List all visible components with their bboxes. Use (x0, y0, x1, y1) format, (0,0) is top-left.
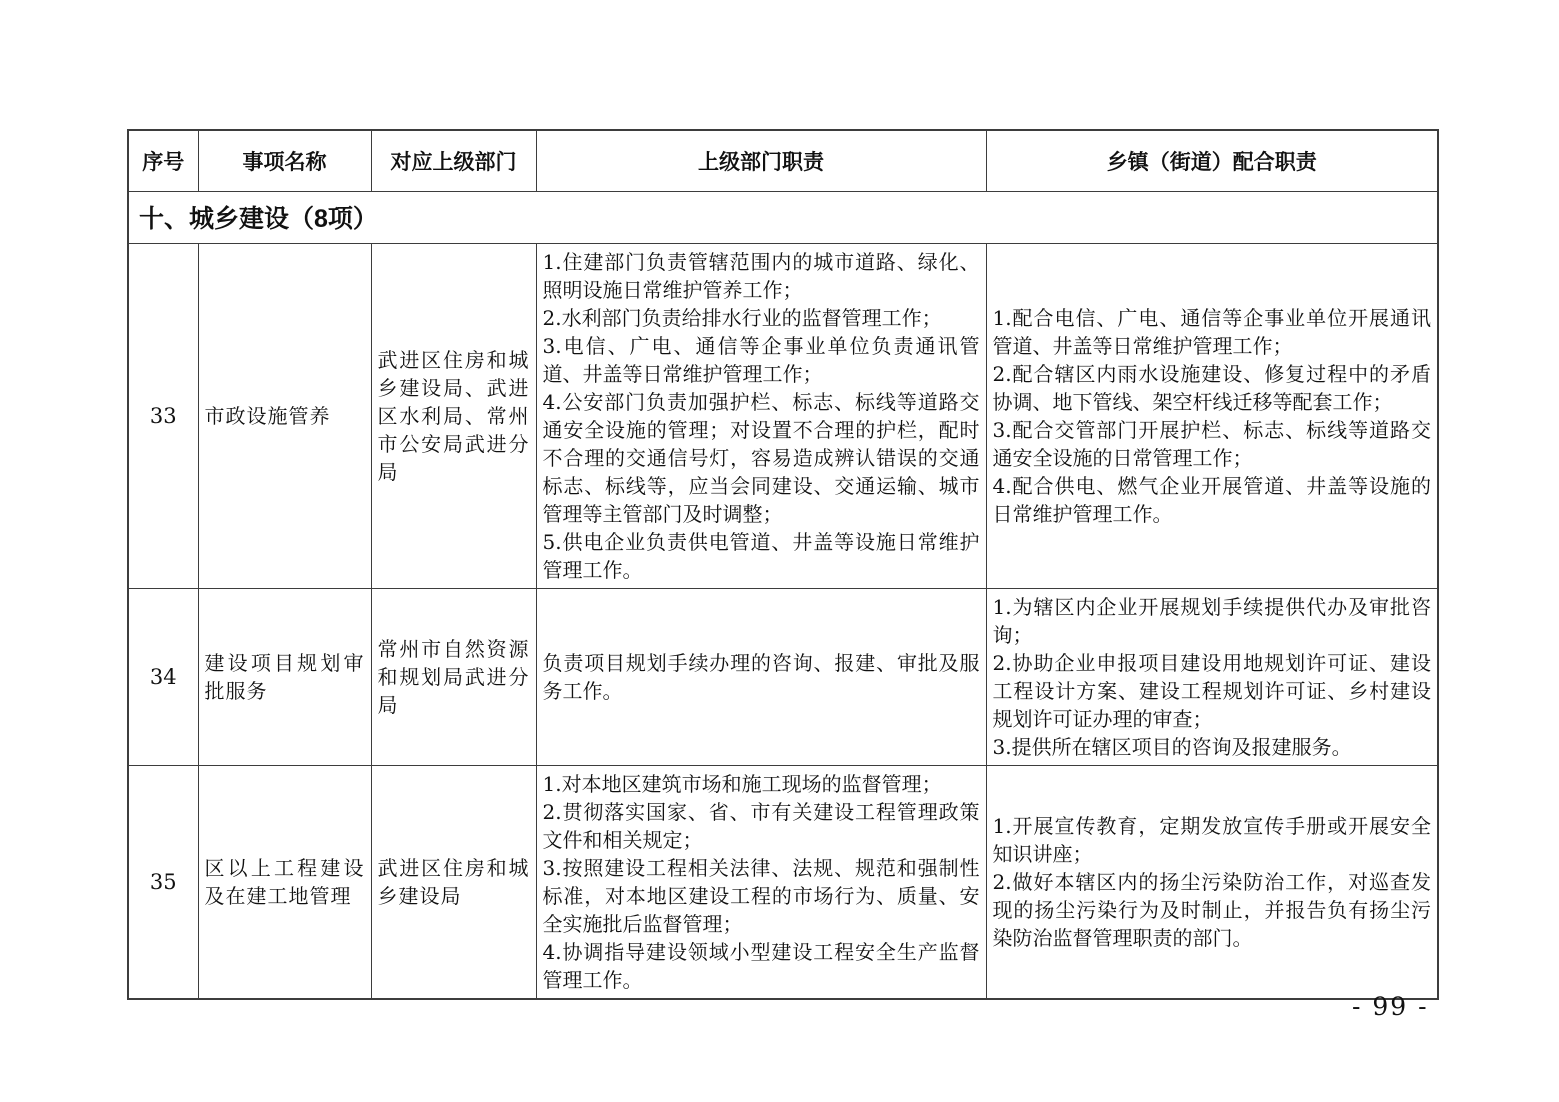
table-row: 33 市政设施管养 武进区住房和城乡建设局、武进区水利局、常州市公安局武进分局 … (128, 243, 1438, 588)
duties-table: 序号 事项名称 对应上级部门 上级部门职责 乡镇（街道）配合职责 十、城乡建设（… (127, 129, 1439, 1000)
township-duties-cell: 1.开展宣传教育，定期发放宣传手册或开展安全知识讲座； 2.做好本辖区内的扬尘污… (986, 765, 1438, 999)
section-row: 十、城乡建设（8项） (128, 191, 1438, 243)
item-name-cell: 区以上工程建设及在建工地管理 (198, 765, 371, 999)
table-row: 34 建设项目规划审批服务 常州市自然资源和规划局武进分局 负责项目规划手续办理… (128, 588, 1438, 765)
header-seq: 序号 (128, 130, 198, 191)
section-title: 十、城乡建设（8项） (128, 191, 1438, 243)
header-superior-duties: 上级部门职责 (536, 130, 986, 191)
superior-duties-cell: 1.对本地区建筑市场和施工现场的监督管理； 2.贯彻落实国家、省、市有关建设工程… (536, 765, 986, 999)
seq-cell: 35 (128, 765, 198, 999)
page-number: - 99 - (1352, 992, 1429, 1021)
document-page: 序号 事项名称 对应上级部门 上级部门职责 乡镇（街道）配合职责 十、城乡建设（… (0, 0, 1559, 1102)
table-header-row: 序号 事项名称 对应上级部门 上级部门职责 乡镇（街道）配合职责 (128, 130, 1438, 191)
header-department: 对应上级部门 (371, 130, 536, 191)
header-township-duties: 乡镇（街道）配合职责 (986, 130, 1438, 191)
table-row: 35 区以上工程建设及在建工地管理 武进区住房和城乡建设局 1.对本地区建筑市场… (128, 765, 1438, 999)
item-name-cell: 建设项目规划审批服务 (198, 588, 371, 765)
seq-cell: 33 (128, 243, 198, 588)
superior-duties-cell: 负责项目规划手续办理的咨询、报建、审批及服务工作。 (536, 588, 986, 765)
department-cell: 武进区住房和城乡建设局 (371, 765, 536, 999)
township-duties-cell: 1.配合电信、广电、通信等企事业单位开展通讯管道、井盖等日常维护管理工作； 2.… (986, 243, 1438, 588)
seq-cell: 34 (128, 588, 198, 765)
department-cell: 武进区住房和城乡建设局、武进区水利局、常州市公安局武进分局 (371, 243, 536, 588)
department-cell: 常州市自然资源和规划局武进分局 (371, 588, 536, 765)
item-name-cell: 市政设施管养 (198, 243, 371, 588)
superior-duties-cell: 1.住建部门负责管辖范围内的城市道路、绿化、照明设施日常维护管养工作； 2.水利… (536, 243, 986, 588)
township-duties-cell: 1.为辖区内企业开展规划手续提供代办及审批咨询； 2.协助企业申报项目建设用地规… (986, 588, 1438, 765)
header-item-name: 事项名称 (198, 130, 371, 191)
